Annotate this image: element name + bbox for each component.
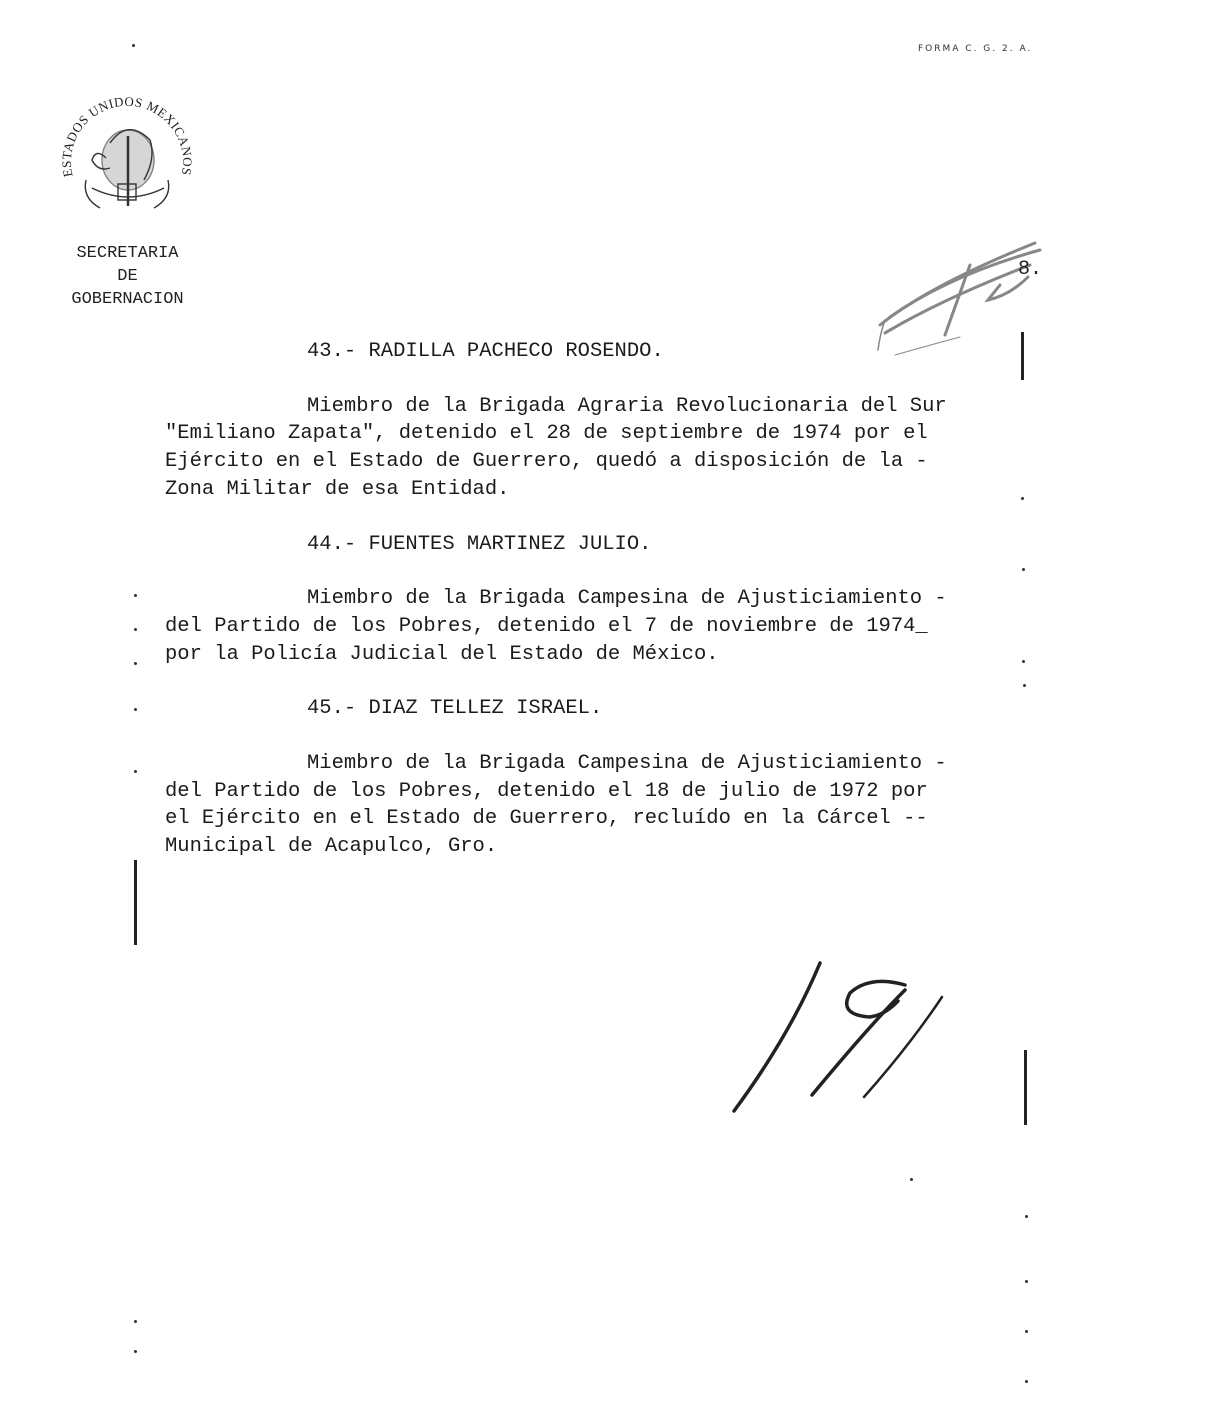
entry-description: Miembro de la Brigada Campesina de Ajust…: [165, 585, 1055, 668]
entry-heading: 43.- RADILLA PACHECO ROSENDO.: [307, 338, 1055, 366]
margin-dot: [1021, 497, 1024, 500]
ministry-line-3: GOBERNACION: [40, 288, 215, 311]
entry-45: 45.- DIAZ TELLEZ ISRAEL. Miembro de la B…: [165, 695, 1055, 861]
form-code: FORMA C. G. 2. A.: [918, 44, 1032, 54]
text-line: Miembro de la Brigada Agraria Revolucion…: [165, 393, 1055, 421]
margin-dot: [1025, 1280, 1028, 1283]
margin-dot: [134, 770, 137, 773]
ministry-line-1: SECRETARIA: [40, 242, 215, 265]
margin-dot: [1025, 1215, 1028, 1218]
entry-44: 44.- FUENTES MARTINEZ JULIO. Miembro de …: [165, 531, 1055, 669]
margin-dot: [134, 1320, 137, 1323]
margin-dot: [1022, 660, 1025, 663]
page-number: 8.: [1018, 258, 1042, 281]
margin-dot: [1025, 1330, 1028, 1333]
text-line: Miembro de la Brigada Campesina de Ajust…: [165, 585, 1055, 613]
margin-dot: [134, 1350, 137, 1353]
text-line: el Ejército en el Estado de Guerrero, re…: [165, 805, 1055, 833]
entry-heading: 45.- DIAZ TELLEZ ISRAEL.: [307, 695, 1055, 723]
text-line: Miembro de la Brigada Campesina de Ajust…: [165, 750, 1055, 778]
margin-dot: [134, 662, 137, 665]
ministry-name: SECRETARIA DE GOBERNACION: [40, 242, 215, 311]
margin-line-right-bottom: [1024, 1050, 1027, 1125]
margin-dot: [134, 594, 137, 597]
margin-dot: [134, 708, 137, 711]
entry-43: 43.- RADILLA PACHECO ROSENDO. Miembro de…: [165, 338, 1055, 504]
document-body: 43.- RADILLA PACHECO ROSENDO. Miembro de…: [165, 338, 1055, 888]
ministry-line-2: DE: [40, 265, 215, 288]
text-line: Zona Militar de esa Entidad.: [165, 476, 1055, 504]
margin-dot: [134, 628, 137, 631]
handwritten-folio-number: 191: [720, 955, 980, 1120]
text-line: por la Policía Judicial del Estado de Mé…: [165, 641, 1055, 669]
text-line: Municipal de Acapulco, Gro.: [165, 833, 1055, 861]
mexican-coat-of-arms-seal-icon: ESTADOS UNIDOS MEXICANOS: [52, 88, 202, 233]
text-line: del Partido de los Pobres, detenido el 1…: [165, 778, 1055, 806]
margin-dot: [1023, 684, 1026, 687]
entry-description: Miembro de la Brigada Campesina de Ajust…: [165, 750, 1055, 861]
margin-line-left: [134, 860, 137, 945]
margin-dot: [910, 1178, 913, 1181]
entry-description: Miembro de la Brigada Agraria Revolucion…: [165, 393, 1055, 504]
margin-line-right-top: [1021, 332, 1024, 380]
text-line: "Emiliano Zapata", detenido el 28 de sep…: [165, 420, 1055, 448]
text-line: Ejército en el Estado de Guerrero, quedó…: [165, 448, 1055, 476]
margin-dot: [1025, 1380, 1028, 1383]
margin-dot: [1022, 568, 1025, 571]
entry-heading: 44.- FUENTES MARTINEZ JULIO.: [307, 531, 1055, 559]
margin-dot: [132, 44, 135, 47]
text-line: del Partido de los Pobres, detenido el 7…: [165, 613, 1055, 641]
